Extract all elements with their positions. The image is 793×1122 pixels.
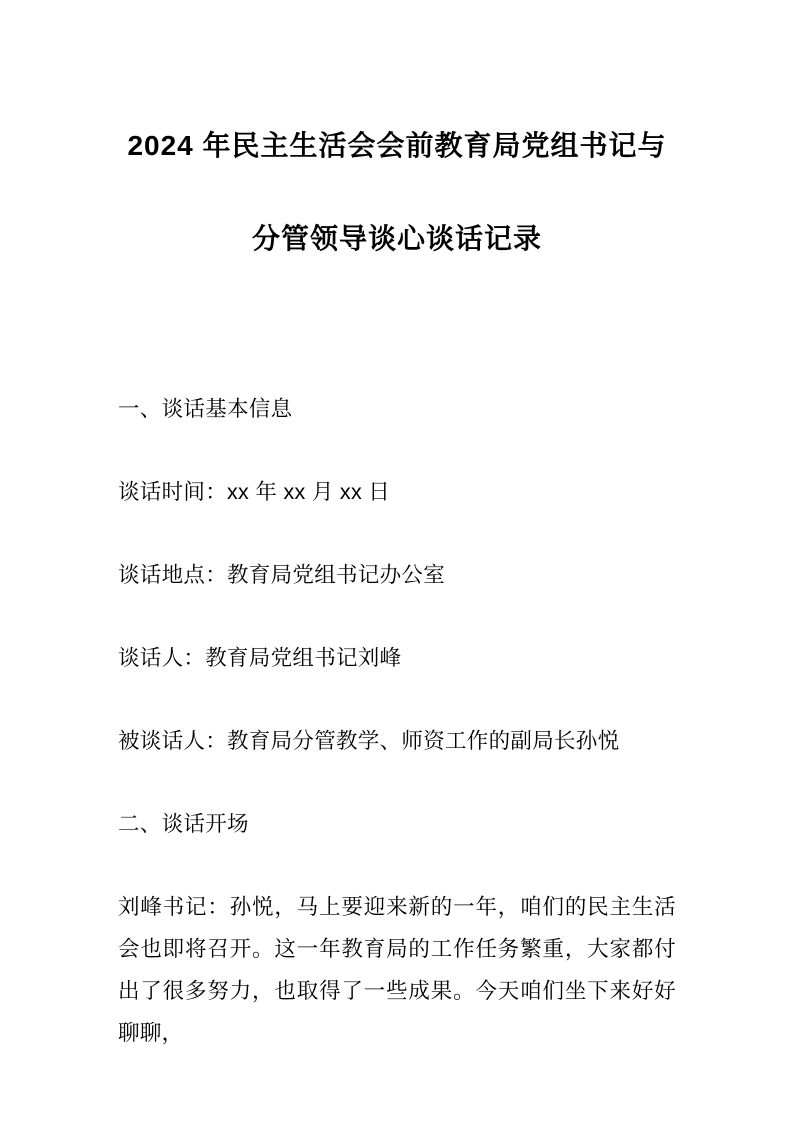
- section-heading-opening: 二、谈话开场: [118, 803, 676, 845]
- interviewee-line: 被谈话人：教育局分管教学、师资工作的副局长孙悦: [118, 720, 676, 762]
- section-heading-basic-info: 一、谈话基本信息: [118, 388, 676, 430]
- interviewer-line: 谈话人：教育局党组书记刘峰: [118, 637, 676, 679]
- document-content: 2024 年民主生活会会前教育局党组书记与 分管领导谈心谈话记录 一、谈话基本信…: [0, 0, 793, 1054]
- document-title-line2: 分管领导谈心谈话记录: [118, 214, 676, 264]
- talk-place-line: 谈话地点：教育局党组书记办公室: [118, 554, 676, 596]
- opening-dialogue-paragraph: 刘峰书记：孙悦，马上要迎来新的一年，咱们的民主生活会也即将召开。这一年教育局的工…: [118, 886, 676, 1054]
- talk-time-line: 谈话时间：xx 年 xx 月 xx 日: [118, 471, 676, 513]
- document-page: 2024 年民主生活会会前教育局党组书记与 分管领导谈心谈话记录 一、谈话基本信…: [0, 0, 793, 1122]
- document-title-line1: 2024 年民主生活会会前教育局党组书记与: [118, 121, 676, 171]
